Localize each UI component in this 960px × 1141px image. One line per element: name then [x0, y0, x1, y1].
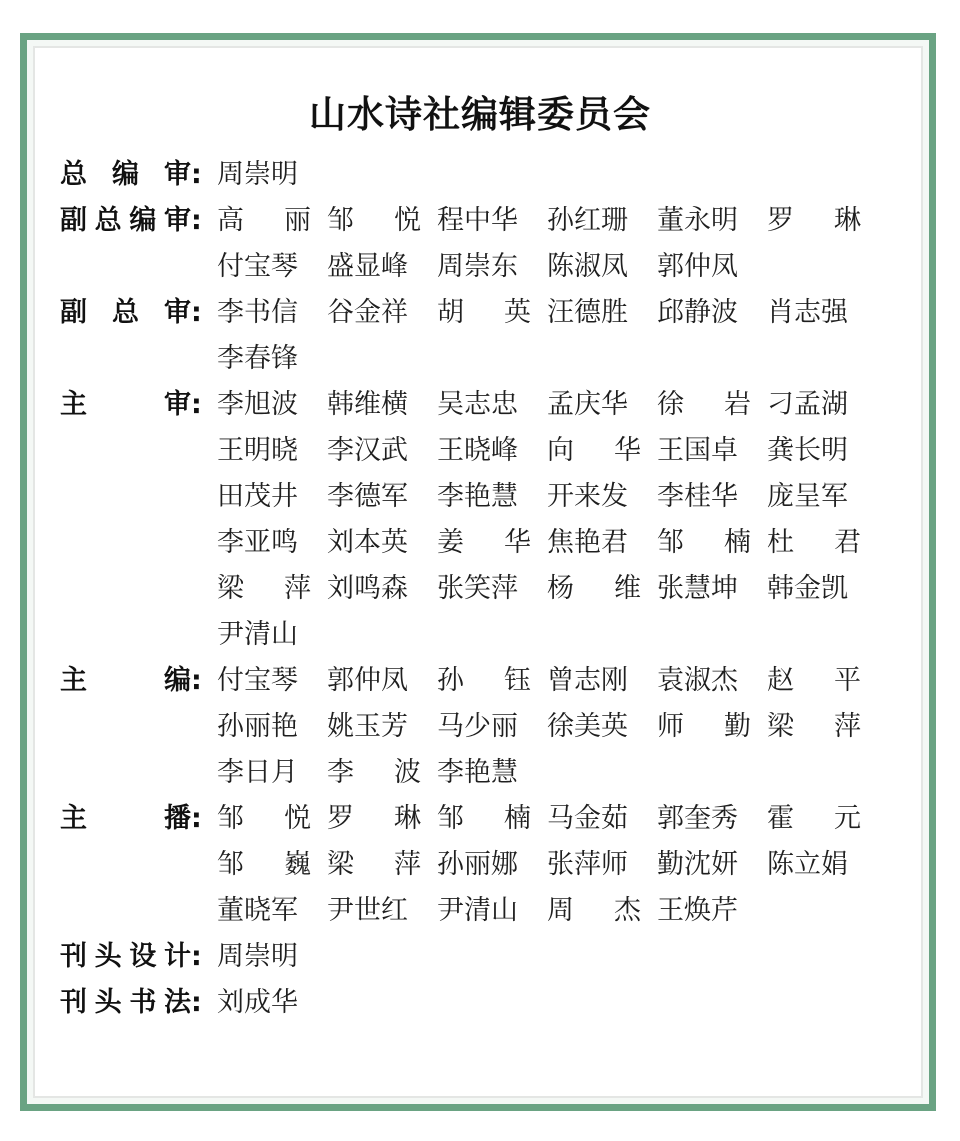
section-label: 主审:: [60, 382, 217, 428]
member-name: 尹清山: [437, 888, 531, 934]
member-name: 李日月: [217, 750, 311, 796]
member-name: 李艳慧: [437, 474, 531, 520]
roster-section: 主编:付宝琴郭仲凤孙钰曾志刚袁淑杰赵平孙丽艳姚玉芳马少丽徐美英师勤梁萍李日月李波…: [60, 658, 877, 796]
member-name: 李艳慧: [437, 750, 531, 796]
member-name: 陈淑凤: [547, 244, 641, 290]
label-char: 总: [60, 152, 87, 198]
label-char: 头: [95, 980, 122, 1026]
member-name: 徐岩: [657, 382, 751, 428]
label-char: 副: [60, 290, 87, 336]
member-name: 姚玉芳: [327, 704, 421, 750]
member-name: 孟庆华: [547, 382, 641, 428]
member-name: 陈立娟: [767, 842, 861, 888]
section-label-text: 主编: [60, 658, 191, 704]
section-label-text: 总编审: [60, 152, 191, 198]
member-name: 李春锋: [217, 336, 311, 382]
member-name: 刘本英: [327, 520, 421, 566]
member-name: 王晓峰: [437, 428, 531, 474]
member-name: 袁淑杰: [657, 658, 751, 704]
label-char: 审: [164, 198, 191, 244]
member-name: 肖志强: [767, 290, 861, 336]
member-name: 汪德胜: [547, 290, 641, 336]
section-label: 主播:: [60, 796, 217, 842]
roster-section: 刊头书法:刘成华: [60, 980, 877, 1026]
roster-section: 副总编审:高丽邹悦程中华孙红珊董永明罗琳付宝琴盛显峰周崇东陈淑凤郭仲凤: [60, 198, 877, 290]
member-name: 胡英: [437, 290, 531, 336]
section-label-text: 主播: [60, 796, 191, 842]
member-name: 张慧坤: [657, 566, 751, 612]
member-name: 梁萍: [767, 704, 861, 750]
member-names: 周崇明: [217, 934, 877, 980]
section-label: 刊头设计:: [60, 934, 217, 980]
member-name: 徐美英: [547, 704, 641, 750]
member-name: 向华: [547, 428, 641, 474]
member-name: 龚长明: [767, 428, 861, 474]
label-colon: :: [191, 980, 217, 1026]
member-name: 刘鸣森: [327, 566, 421, 612]
member-name: 姜华: [437, 520, 531, 566]
member-name: 罗琳: [767, 198, 861, 244]
member-name: 谷金祥: [327, 290, 421, 336]
label-char: 头: [95, 934, 122, 980]
label-colon: :: [191, 382, 217, 428]
label-char: 刊: [60, 934, 87, 980]
member-name: 罗琳: [327, 796, 421, 842]
label-char: 播: [164, 796, 191, 842]
member-name: 孙丽娜: [437, 842, 531, 888]
member-name: 董晓军: [217, 888, 311, 934]
member-name: 李旭波: [217, 382, 311, 428]
label-colon: :: [191, 198, 217, 244]
member-name: 程中华: [437, 198, 531, 244]
member-name: 郭奎秀: [657, 796, 751, 842]
member-name: 焦艳君: [547, 520, 641, 566]
member-name: 周崇明: [217, 152, 311, 198]
member-name: 韩维横: [327, 382, 421, 428]
label-colon: :: [191, 152, 217, 198]
member-name: 高丽: [217, 198, 311, 244]
member-name: 邹悦: [217, 796, 311, 842]
roster-section: 主播:邹悦罗琳邹楠马金茹郭奎秀霍元邹巍梁萍孙丽娜张萍师勤沈妍陈立娟董晓军尹世红尹…: [60, 796, 877, 934]
member-name: 王明晓: [217, 428, 311, 474]
label-char: 总: [95, 198, 122, 244]
member-names: 李书信谷金祥胡英汪德胜邱静波肖志强李春锋: [217, 290, 877, 382]
member-name: 付宝琴: [217, 244, 311, 290]
member-name: 师勤: [657, 704, 751, 750]
member-name: 张萍师: [547, 842, 641, 888]
member-name: 梁萍: [217, 566, 311, 612]
section-label-text: 刊头书法: [60, 980, 191, 1026]
member-name: 孙红珊: [547, 198, 641, 244]
committee-roster: 总编审:周崇明副总编审:高丽邹悦程中华孙红珊董永明罗琳付宝琴盛显峰周崇东陈淑凤郭…: [60, 152, 877, 1026]
section-label-text: 刊头设计: [60, 934, 191, 980]
page-title: 山水诗社编辑委员会: [0, 84, 960, 138]
section-label-text: 主审: [60, 382, 191, 428]
label-char: 刊: [60, 980, 87, 1026]
roster-section: 总编审:周崇明: [60, 152, 877, 198]
member-name: 霍元: [767, 796, 861, 842]
label-colon: :: [191, 658, 217, 704]
member-name: 杜君: [767, 520, 861, 566]
roster-section: 副总审:李书信谷金祥胡英汪德胜邱静波肖志强李春锋: [60, 290, 877, 382]
label-char: 审: [164, 290, 191, 336]
section-label: 副总审:: [60, 290, 217, 336]
label-char: 审: [164, 152, 191, 198]
label-char: 主: [60, 796, 87, 842]
label-char: 总: [112, 290, 139, 336]
member-name: 王焕芹: [657, 888, 751, 934]
member-names: 李旭波韩维横吴志忠孟庆华徐岩刁孟湖王明晓李汉武王晓峰向华王国卓龚长明田茂井李德军…: [217, 382, 877, 658]
member-name: 周崇东: [437, 244, 531, 290]
member-name: 曾志刚: [547, 658, 641, 704]
member-names: 邹悦罗琳邹楠马金茹郭奎秀霍元邹巍梁萍孙丽娜张萍师勤沈妍陈立娟董晓军尹世红尹清山周…: [217, 796, 877, 934]
section-label: 刊头书法:: [60, 980, 217, 1026]
label-char: 主: [60, 658, 87, 704]
section-label-text: 副总审: [60, 290, 191, 336]
member-name: 刁孟湖: [767, 382, 861, 428]
member-name: 邹巍: [217, 842, 311, 888]
member-name: 邹楠: [657, 520, 751, 566]
member-name: 吴志忠: [437, 382, 531, 428]
section-label: 副总编审:: [60, 198, 217, 244]
member-name: 刘成华: [217, 980, 311, 1026]
member-name: 韩金凯: [767, 566, 861, 612]
member-name: 杨维: [547, 566, 641, 612]
member-name: 李书信: [217, 290, 311, 336]
roster-section: 刊头设计:周崇明: [60, 934, 877, 980]
member-name: 李德军: [327, 474, 421, 520]
member-name: 马少丽: [437, 704, 531, 750]
member-name: 梁萍: [327, 842, 421, 888]
section-label: 主编:: [60, 658, 217, 704]
label-char: 书: [129, 980, 156, 1026]
label-colon: :: [191, 290, 217, 336]
member-name: 邱静波: [657, 290, 751, 336]
roster-section: 主审:李旭波韩维横吴志忠孟庆华徐岩刁孟湖王明晓李汉武王晓峰向华王国卓龚长明田茂井…: [60, 382, 877, 658]
member-name: 田茂井: [217, 474, 311, 520]
member-names: 刘成华: [217, 980, 877, 1026]
label-char: 编: [129, 198, 156, 244]
label-char: 计: [164, 934, 191, 980]
member-name: 李亚鸣: [217, 520, 311, 566]
label-char: 设: [129, 934, 156, 980]
member-name: 开来发: [547, 474, 641, 520]
member-name: 邹楠: [437, 796, 531, 842]
member-name: 勤沈妍: [657, 842, 751, 888]
member-name: 张笑萍: [437, 566, 531, 612]
member-names: 付宝琴郭仲凤孙钰曾志刚袁淑杰赵平孙丽艳姚玉芳马少丽徐美英师勤梁萍李日月李波李艳慧: [217, 658, 877, 796]
member-name: 郭仲凤: [327, 658, 421, 704]
member-name: 尹世红: [327, 888, 421, 934]
member-name: 李波: [327, 750, 421, 796]
label-colon: :: [191, 796, 217, 842]
member-name: 郭仲凤: [657, 244, 751, 290]
member-name: 付宝琴: [217, 658, 311, 704]
member-name: 庞呈军: [767, 474, 861, 520]
label-char: 副: [60, 198, 87, 244]
member-names: 周崇明: [217, 152, 877, 198]
label-char: 编: [164, 658, 191, 704]
section-label: 总编审:: [60, 152, 217, 198]
member-name: 董永明: [657, 198, 751, 244]
member-name: 尹清山: [217, 612, 311, 658]
member-name: 马金茹: [547, 796, 641, 842]
member-name: 周杰: [547, 888, 641, 934]
section-label-text: 副总编审: [60, 198, 191, 244]
member-name: 赵平: [767, 658, 861, 704]
member-name: 孙丽艳: [217, 704, 311, 750]
label-char: 编: [112, 152, 139, 198]
label-char: 主: [60, 382, 87, 428]
member-name: 王国卓: [657, 428, 751, 474]
member-name: 李桂华: [657, 474, 751, 520]
label-char: 审: [164, 382, 191, 428]
member-name: 邹悦: [327, 198, 421, 244]
label-colon: :: [191, 934, 217, 980]
label-char: 法: [164, 980, 191, 1026]
member-name: 盛显峰: [327, 244, 421, 290]
member-names: 高丽邹悦程中华孙红珊董永明罗琳付宝琴盛显峰周崇东陈淑凤郭仲凤: [217, 198, 877, 290]
member-name: 周崇明: [217, 934, 311, 980]
member-name: 孙钰: [437, 658, 531, 704]
member-name: 李汉武: [327, 428, 421, 474]
